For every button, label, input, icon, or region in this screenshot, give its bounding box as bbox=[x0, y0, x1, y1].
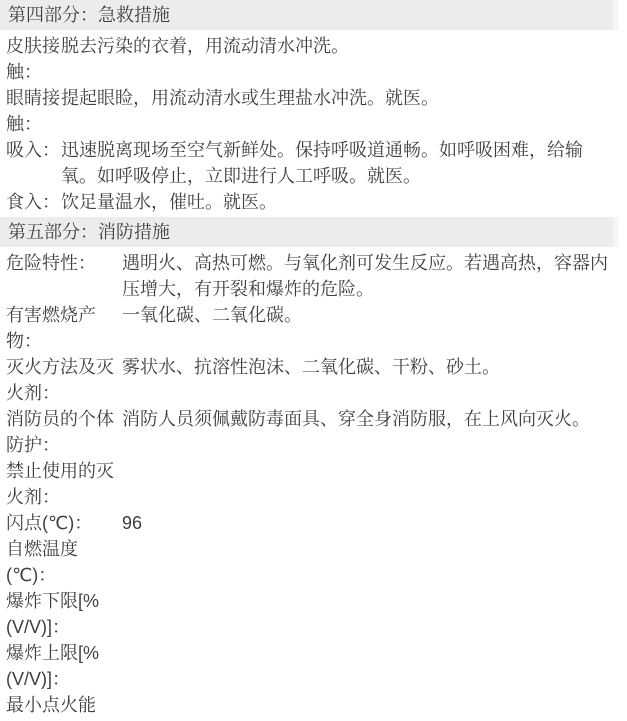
table-row-flash-point: 闪点(℃)： 96 bbox=[0, 510, 627, 536]
field-value: 雾状水、抗溶性泡沫、二氧化碳、干粉、砂土。 bbox=[122, 354, 627, 380]
table-row-hazard-characteristics: 危险特性： 遇明火、高热可燃。与氧化剂可发生反应。若遇高热，容器内 压增大，有开… bbox=[0, 250, 627, 302]
field-value: 提起眼睑，用流动清水或生理盐水冲洗。就医。 bbox=[61, 85, 627, 111]
field-label: 危险特性： bbox=[0, 250, 122, 276]
table-row-inhalation: 吸入： 迅速脱离现场至空气新鲜处。保持呼吸道通畅。如呼吸困难，给输 氧。如呼吸停… bbox=[0, 137, 627, 189]
section-header-fire-fighting: 第五部分：消防措施 bbox=[0, 217, 618, 247]
first-aid-table: 皮肤接 触： 脱去污染的衣着，用流动清水冲洗。 眼睛接 触： 提起眼睑，用流动清… bbox=[0, 33, 627, 215]
table-row-autoignition-temperature: 自燃温度 (℃)： bbox=[0, 536, 627, 588]
section-title: 第四部分：急救措施 bbox=[8, 5, 170, 25]
table-row-upper-explosion-limit: 爆炸上限[% (V/V)]： bbox=[0, 640, 627, 692]
field-label: 吸入： bbox=[0, 137, 61, 163]
field-value: 96 bbox=[122, 510, 627, 536]
field-label: 最小点火能 bbox=[0, 692, 122, 718]
field-label: 自燃温度 (℃)： bbox=[0, 536, 122, 588]
field-label: 消防员的个体 防护： bbox=[0, 406, 122, 458]
table-row-firefighter-protection: 消防员的个体 防护： 消防人员须佩戴防毒面具、穿全身消防服，在上风向灭火。 bbox=[0, 406, 627, 458]
msds-document: 第四部分：急救措施 皮肤接 触： 脱去污染的衣着，用流动清水冲洗。 眼睛接 触：… bbox=[0, 0, 627, 718]
field-label: 灭火方法及灭 火剂： bbox=[0, 354, 122, 406]
field-label: 食入： bbox=[0, 189, 61, 215]
field-label: 皮肤接 触： bbox=[0, 33, 61, 85]
table-row-lower-explosion-limit: 爆炸下限[% (V/V)]： bbox=[0, 588, 627, 640]
table-row-skin-contact: 皮肤接 触： 脱去污染的衣着，用流动清水冲洗。 bbox=[0, 33, 627, 85]
field-label: 禁止使用的灭 火剂： bbox=[0, 458, 122, 510]
field-value: 饮足量温水，催吐。就医。 bbox=[61, 189, 627, 215]
field-label: 有害燃烧产 物： bbox=[0, 302, 122, 354]
field-value: 脱去污染的衣着，用流动清水冲洗。 bbox=[61, 33, 627, 59]
field-value: 遇明火、高热可燃。与氧化剂可发生反应。若遇高热，容器内 压增大，有开裂和爆炸的危… bbox=[122, 250, 627, 302]
field-label: 闪点(℃)： bbox=[0, 510, 122, 536]
field-value: 消防人员须佩戴防毒面具、穿全身消防服，在上风向灭火。 bbox=[122, 406, 627, 432]
table-row-ingestion: 食入： 饮足量温水，催吐。就医。 bbox=[0, 189, 627, 215]
field-value: 迅速脱离现场至空气新鲜处。保持呼吸道通畅。如呼吸困难，给输 氧。如呼吸停止，立即… bbox=[61, 137, 627, 189]
section-title: 第五部分：消防措施 bbox=[8, 222, 170, 242]
table-row-minimum-ignition-energy: 最小点火能 bbox=[0, 692, 627, 718]
field-label: 爆炸下限[% (V/V)]： bbox=[0, 588, 122, 640]
section-header-first-aid: 第四部分：急救措施 bbox=[0, 0, 618, 30]
table-row-harmful-combustion-products: 有害燃烧产 物： 一氧化碳、二氧化碳。 bbox=[0, 302, 627, 354]
table-row-eye-contact: 眼睛接 触： 提起眼睑，用流动清水或生理盐水冲洗。就医。 bbox=[0, 85, 627, 137]
field-value: 一氧化碳、二氧化碳。 bbox=[122, 302, 627, 328]
field-label: 眼睛接 触： bbox=[0, 85, 61, 137]
fire-fighting-table: 危险特性： 遇明火、高热可燃。与氧化剂可发生反应。若遇高热，容器内 压增大，有开… bbox=[0, 250, 627, 718]
table-row-prohibited-extinguishing-agents: 禁止使用的灭 火剂： bbox=[0, 458, 627, 510]
table-row-extinguishing-methods: 灭火方法及灭 火剂： 雾状水、抗溶性泡沫、二氧化碳、干粉、砂土。 bbox=[0, 354, 627, 406]
field-label: 爆炸上限[% (V/V)]： bbox=[0, 640, 122, 692]
